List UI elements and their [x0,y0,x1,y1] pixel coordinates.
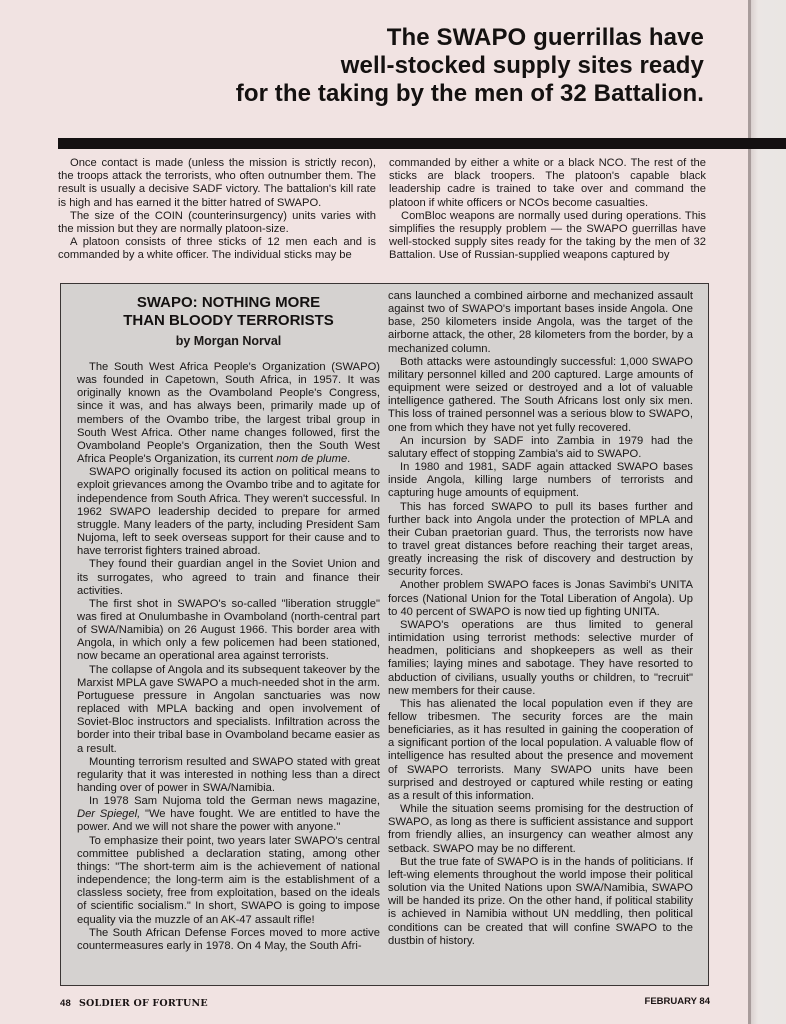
adjacent-page-edge [748,0,786,1024]
sidebar-right-column: cans launched a combined airborne and me… [388,290,693,948]
sidebar-title-line-1: SWAPO: NOTHING MORE [77,294,380,312]
paragraph-tail: . [347,453,350,465]
magazine-name: SOLDIER OF FORTUNE [79,998,208,1009]
paragraph: The South West Africa People's Organizat… [77,361,380,466]
paragraph: Both attacks were astoundingly successfu… [388,356,693,435]
main-article-left-column: Once contact is made (unless the mission… [58,157,376,263]
paragraph: To emphasize their point, two years late… [77,835,380,927]
pull-quote-headline: The SWAPO guerrillas have well-stocked s… [236,24,704,108]
paragraph: This has alienated the local population … [388,698,693,803]
italic-phrase: nom de plume [276,453,347,465]
sidebar-article-box: SWAPO: NOTHING MORE THAN BLOODY TERRORIS… [60,283,709,986]
paragraph-text: The South West Africa People's Organizat… [77,361,380,465]
paragraph: This has forced SWAPO to pull its bases … [388,501,693,580]
paragraph: They found their guardian angel in the S… [77,558,380,597]
sidebar-byline: by Morgan Norval [77,334,380,349]
paragraph: But the true fate of SWAPO is in the han… [388,856,693,948]
paragraph: commanded by either a white or a black N… [389,157,706,210]
main-article-right-column: commanded by either a white or a black N… [389,157,706,263]
sidebar-title: SWAPO: NOTHING MORE THAN BLOODY TERRORIS… [77,294,380,330]
paragraph: The South African Defense Forces moved t… [77,927,380,953]
paragraph: A platoon consists of three sticks of 12… [58,236,376,262]
headline-line-2: well-stocked supply sites ready [236,52,704,80]
paragraph-text: In 1978 Sam Nujoma told the German news … [89,795,380,807]
paragraph: Another problem SWAPO faces is Jonas Sav… [388,579,693,618]
italic-phrase: Der Spiegel, [77,808,140,820]
sidebar-title-line-2: THAN BLOODY TERRORISTS [77,312,380,330]
paragraph: In 1978 Sam Nujoma told the German news … [77,795,380,834]
footer-folio: 48SOLDIER OF FORTUNE [60,998,208,1009]
paragraph: While the situation seems promising for … [388,803,693,856]
page-number: 48 [60,998,71,1009]
issue-date: FEBRUARY 84 [645,996,710,1007]
paragraph: ComBloc weapons are normally used during… [389,210,706,263]
paragraph: SWAPO's operations are thus limited to g… [388,619,693,698]
paragraph: An incursion by SADF into Zambia in 1979… [388,435,693,461]
paragraph: Once contact is made (unless the mission… [58,157,376,210]
paragraph: SWAPO originally focused its action on p… [77,466,380,558]
sidebar-left-column: SWAPO: NOTHING MORE THAN BLOODY TERRORIS… [77,290,380,953]
paragraph: cans launched a combined airborne and me… [388,290,693,356]
paragraph: The size of the COIN (counterinsurgency)… [58,210,376,236]
paragraph: The first shot in SWAPO's so-called "lib… [77,598,380,664]
headline-line-1: The SWAPO guerrillas have [236,24,704,52]
black-rule-bar [58,138,786,149]
paragraph: The collapse of Angola and its subsequen… [77,664,380,756]
paragraph: In 1980 and 1981, SADF again attacked SW… [388,461,693,500]
paragraph: Mounting terrorism resulted and SWAPO st… [77,756,380,795]
headline-line-3: for the taking by the men of 32 Battalio… [236,80,704,108]
